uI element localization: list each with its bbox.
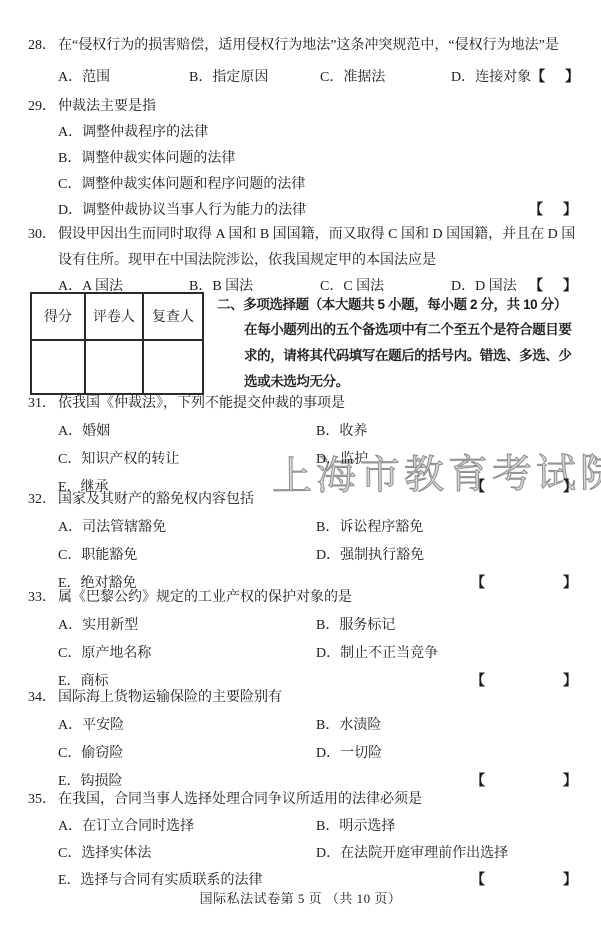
options-row: C．偷窃险 D．一切险 bbox=[28, 740, 577, 768]
option-b: B．调整仲裁实体问题的法律 bbox=[58, 146, 235, 172]
option-b: B．水渍险 bbox=[316, 712, 577, 740]
options-row: A．实用新型 B．服务标记 bbox=[28, 612, 577, 640]
score-cell-empty bbox=[143, 340, 203, 394]
score-cell-empty bbox=[31, 340, 85, 394]
section-2-text: 二、多项选择题（本大题共 5 小题，每小题 2 分，共 10 分） 在每小题列出… bbox=[217, 292, 579, 395]
bracket-gap bbox=[545, 62, 565, 94]
option-c: C．选择实体法 bbox=[58, 840, 316, 867]
option-b: B．诉讼程序豁免 bbox=[316, 514, 577, 542]
option-c: C．原产地名称 bbox=[58, 640, 316, 668]
score-table-header-grader: 评卷人 bbox=[85, 293, 143, 340]
options-row: A．平安险 B．水渍险 bbox=[28, 712, 577, 740]
options-row: A．范围 B．指定原因 C．准据法 D．连接对象 【】 bbox=[28, 62, 577, 94]
option-c: C．知识产权的转让 bbox=[58, 446, 316, 474]
option-b: B．明示选择 bbox=[316, 813, 577, 840]
question-stem: 依我国《仲裁法》，下列不能提交仲裁的事项是 bbox=[58, 390, 577, 418]
section-2-block: 得分 评卷人 复查人 二、多项选择题（本大题共 5 小题，每小题 2 分，共 1… bbox=[30, 292, 579, 395]
question-stem: 假设甲因出生而同时取得 A 国和 B 国国籍，而又取得 C 国和 D 国国籍，并… bbox=[58, 222, 577, 274]
option-d: D．一切险 bbox=[316, 740, 577, 768]
answer-bracket: 【】 bbox=[529, 198, 577, 224]
exam-page: 上海市教育考试院 28． 在“侵权行为的损害赔偿，适用侵权行为地法”这条冲突规范… bbox=[0, 0, 601, 935]
options-row: C．原产地名称 D．制止不正当竞争 bbox=[28, 640, 577, 668]
option-a: A．在订立合同时选择 bbox=[58, 813, 316, 840]
answer-bracket: 【】 bbox=[531, 62, 579, 94]
question-number: 30． bbox=[28, 222, 58, 274]
option-a: A．婚姻 bbox=[58, 418, 316, 446]
question-number: 34． bbox=[28, 684, 58, 712]
question-stem: 国家及其财产的豁免权内容包括 bbox=[58, 486, 577, 514]
question-stem: 在我国，合同当事人选择处理合同争议所适用的法律必须是 bbox=[58, 786, 577, 813]
option-d: D．连接对象 bbox=[451, 62, 531, 94]
options-row: C．知识产权的转让 D．监护 bbox=[28, 446, 577, 474]
option-b: B．收养 bbox=[316, 418, 577, 446]
option-c: C．职能豁免 bbox=[58, 542, 316, 570]
question-29: 29． 仲裁法主要是指 A．调整仲裁程序的法律 B．调整仲裁实体问题的法律 C．… bbox=[28, 94, 577, 224]
option-d: D．在法院开庭审理前作出选择 bbox=[316, 840, 577, 867]
question-number: 31． bbox=[28, 390, 58, 418]
question-stem: 仲裁法主要是指 bbox=[58, 94, 577, 120]
section-2-instructions: 在每小题列出的五个备选项中有二个至五个是符合题目要求的，请将其代码填写在题后的括… bbox=[217, 317, 579, 395]
options-row: C．选择实体法 D．在法院开庭审理前作出选择 bbox=[28, 840, 577, 867]
question-28: 28． 在“侵权行为的损害赔偿，适用侵权行为地法”这条冲突规范中，“侵权行为地法… bbox=[28, 30, 577, 94]
option-b: B．服务标记 bbox=[316, 612, 577, 640]
score-cell-empty bbox=[85, 340, 143, 394]
question-33: 33． 属《巴黎公约》规定的工业产权的保护对象的是 A．实用新型 B．服务标记 … bbox=[28, 584, 577, 696]
question-32: 32． 国家及其财产的豁免权内容包括 A．司法管辖豁免 B．诉讼程序豁免 C．职… bbox=[28, 486, 577, 598]
options-row: A．婚姻 B．收养 bbox=[28, 418, 577, 446]
option-d: D．监护 bbox=[316, 446, 577, 474]
option-a: A．实用新型 bbox=[58, 612, 316, 640]
option-a: A．司法管辖豁免 bbox=[58, 514, 316, 542]
question-number: 35． bbox=[28, 786, 58, 813]
option-b: B．指定原因 bbox=[189, 62, 320, 94]
question-number: 33． bbox=[28, 584, 58, 612]
question-stem: 国际海上货物运输保险的主要险别有 bbox=[58, 684, 577, 712]
question-stem: 属《巴黎公约》规定的工业产权的保护对象的是 bbox=[58, 584, 577, 612]
question-34: 34． 国际海上货物运输保险的主要险别有 A．平安险 B．水渍险 C．偷窃险 D… bbox=[28, 684, 577, 796]
question-stem: 在“侵权行为的损害赔偿，适用侵权行为地法”这条冲突规范中，“侵权行为地法”是 bbox=[58, 30, 577, 62]
option-c: C．偷窃险 bbox=[58, 740, 316, 768]
bracket-open: 【 bbox=[529, 198, 543, 224]
section-2-heading: 二、多项选择题（本大题共 5 小题，每小题 2 分，共 10 分） bbox=[217, 292, 579, 317]
score-table-header-reviewer: 复查人 bbox=[143, 293, 203, 340]
option-d: D．调整仲裁协议当事人行为能力的法律 bbox=[58, 198, 306, 224]
question-35: 35． 在我国，合同当事人选择处理合同争议所适用的法律必须是 A．在订立合同时选… bbox=[28, 786, 577, 894]
option-d: D．制止不正当竞争 bbox=[316, 640, 577, 668]
bracket-gap bbox=[543, 198, 563, 224]
question-number: 28． bbox=[28, 30, 58, 62]
option-d: D．强制执行豁免 bbox=[316, 542, 577, 570]
bracket-open: 【 bbox=[531, 62, 545, 94]
bracket-close: 】 bbox=[565, 62, 579, 94]
score-table: 得分 评卷人 复查人 bbox=[30, 292, 204, 395]
score-table-header-score: 得分 bbox=[31, 293, 85, 340]
options-row: C．职能豁免 D．强制执行豁免 bbox=[28, 542, 577, 570]
option-c: C．调整仲裁实体问题和程序问题的法律 bbox=[58, 172, 305, 198]
option-a: A．范围 bbox=[58, 62, 189, 94]
bracket-close: 】 bbox=[563, 198, 577, 224]
option-c: C．准据法 bbox=[320, 62, 451, 94]
options-row: A．司法管辖豁免 B．诉讼程序豁免 bbox=[28, 514, 577, 542]
option-a: A．调整仲裁程序的法律 bbox=[58, 120, 208, 146]
options-row: A．在订立合同时选择 B．明示选择 bbox=[28, 813, 577, 840]
question-30: 30． 假设甲因出生而同时取得 A 国和 B 国国籍，而又取得 C 国和 D 国… bbox=[28, 222, 577, 300]
question-number: 32． bbox=[28, 486, 58, 514]
option-a: A．平安险 bbox=[58, 712, 316, 740]
page-footer: 国际私法试卷第 5 页 （共 10 页） bbox=[0, 888, 601, 907]
question-number: 29． bbox=[28, 94, 58, 120]
